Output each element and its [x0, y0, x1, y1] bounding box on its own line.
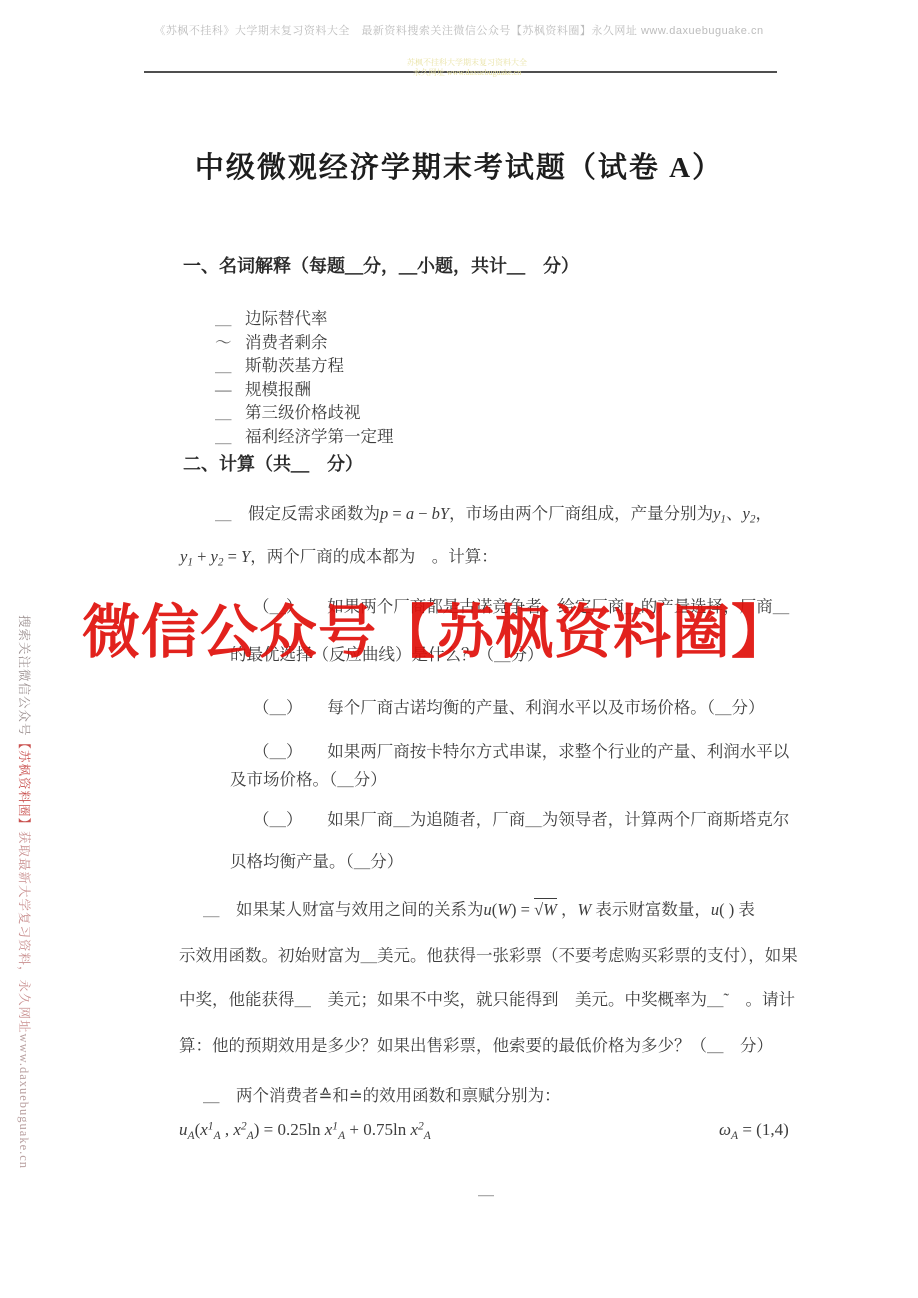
q1c-line1: （＿） 如果两厂商按卡特尔方式串谋，求整个行业的产量、利润水平以	[253, 738, 789, 762]
yellow-watermark: 苏枫不挂科大学期末复习资料大全 永久网址 www.daxuebuguake.cn	[392, 58, 542, 78]
side-promo-part3: 获取最新大学复习资料，永久网址	[17, 831, 31, 1034]
q1-line2: y1 + y2 = Y，两个厂商的成本都为 。计算：	[180, 543, 498, 569]
q2-line4: 算：他的预期效用是多少？如果出售彩票，他索要的最低价格为多少？（＿ 分）	[179, 1032, 773, 1056]
q1c-line2: 及市场价格。（＿分）	[230, 766, 387, 790]
q2-line2: 示效用函数。初始财富为＿美元。他获得一张彩票（不要考虑购买彩票的支付），如果	[179, 942, 798, 966]
section1-heading: 一、名词解释（每题＿分，＿小题，共计＿ 分）	[183, 252, 579, 278]
term-item-5: ＿第三级价格歧视	[215, 399, 361, 423]
term-blank-marker: ＿	[215, 305, 245, 329]
term-label: 第三级价格歧视	[245, 403, 361, 422]
term-blank-marker: ～	[215, 329, 245, 353]
term-label: 规模报酬	[245, 380, 311, 399]
term-item-2: ～消费者剩余	[215, 329, 328, 353]
term-item-6: ＿福利经济学第一定理	[215, 423, 394, 447]
side-promo-url: www.daxuebuguake.cn	[17, 1034, 31, 1170]
term-label: 斯勒茨基方程	[245, 356, 344, 375]
term-label: 福利经济学第一定理	[245, 427, 394, 446]
term-blank-marker: ＿	[215, 399, 245, 423]
term-item-1: ＿边际替代率	[215, 305, 328, 329]
term-blank-marker: ＿	[215, 352, 245, 376]
side-promo-part1: 搜索关注微信公众号	[17, 615, 31, 737]
header-promo-text: 《苏枫不挂科》大学期末复习资料大全 最新资料搜索关注微信公众号【苏枫资料圈】永久…	[0, 22, 918, 38]
yellow-watermark-line1: 苏枫不挂科大学期末复习资料大全	[392, 58, 542, 68]
section2-heading: 二、计算（共＿ 分）	[183, 450, 363, 476]
q2-line1: ＿ 如果某人财富与效用之间的关系为u(W) = √W ，W 表示财富数量，u( …	[203, 896, 755, 920]
q1d-line1: （＿） 如果厂商＿为追随者，厂商＿为领导者，计算两个厂商斯塔克尔	[253, 806, 789, 830]
term-label: 消费者剩余	[245, 333, 328, 352]
page-number-blank: ＿	[478, 1176, 494, 1199]
term-blank-marker: —	[215, 380, 245, 400]
side-vertical-promo: 搜索关注微信公众号【苏枫资料圈】获取最新大学复习资料，永久网址www.daxue…	[16, 615, 34, 1135]
q1b-line1: （＿） 每个厂商古诺均衡的产量、利润水平以及市场价格。（＿分）	[253, 694, 765, 718]
term-blank-marker: ＿	[215, 423, 245, 447]
document-page: 《苏枫不挂科》大学期末复习资料大全 最新资料搜索关注微信公众号【苏枫资料圈】永久…	[0, 0, 918, 1298]
q1d-line2: 贝格均衡产量。（＿分）	[230, 848, 403, 872]
q1-line1: ＿ 假定反需求函数为p = a − bY，市场由两个厂商组成，产量分别为y1、y…	[215, 500, 772, 526]
term-item-3: ＿斯勒茨基方程	[215, 352, 344, 376]
term-label: 边际替代率	[245, 309, 328, 328]
yellow-watermark-line2: 永久网址 www.daxuebuguake.cn	[392, 68, 542, 78]
q3-endowment-formula: ωA = (1,4)	[719, 1120, 789, 1142]
q3-utility-formula: uA(x1A , x2A) = 0.25ln x1A + 0.75ln x2A	[179, 1120, 431, 1139]
page-title: 中级微观经济学期末考试题（试卷 A）	[0, 145, 918, 186]
red-watermark-text: 微信公众号【苏枫资料圈】	[82, 595, 790, 670]
q3-line1: ＿ 两个消费者≙和≐的效用函数和禀赋分别为：	[203, 1082, 561, 1106]
term-item-4: —规模报酬	[215, 376, 311, 400]
side-promo-brand: 【苏枫资料圈】	[17, 737, 31, 832]
q3-formula-row: uA(x1A , x2A) = 0.25ln x1A + 0.75ln x2A …	[179, 1120, 799, 1142]
q2-line3: 中奖，他能获得＿ 美元；如果不中奖，就只能得到 美元。中奖概率为＿˜ 。请计	[179, 986, 795, 1010]
